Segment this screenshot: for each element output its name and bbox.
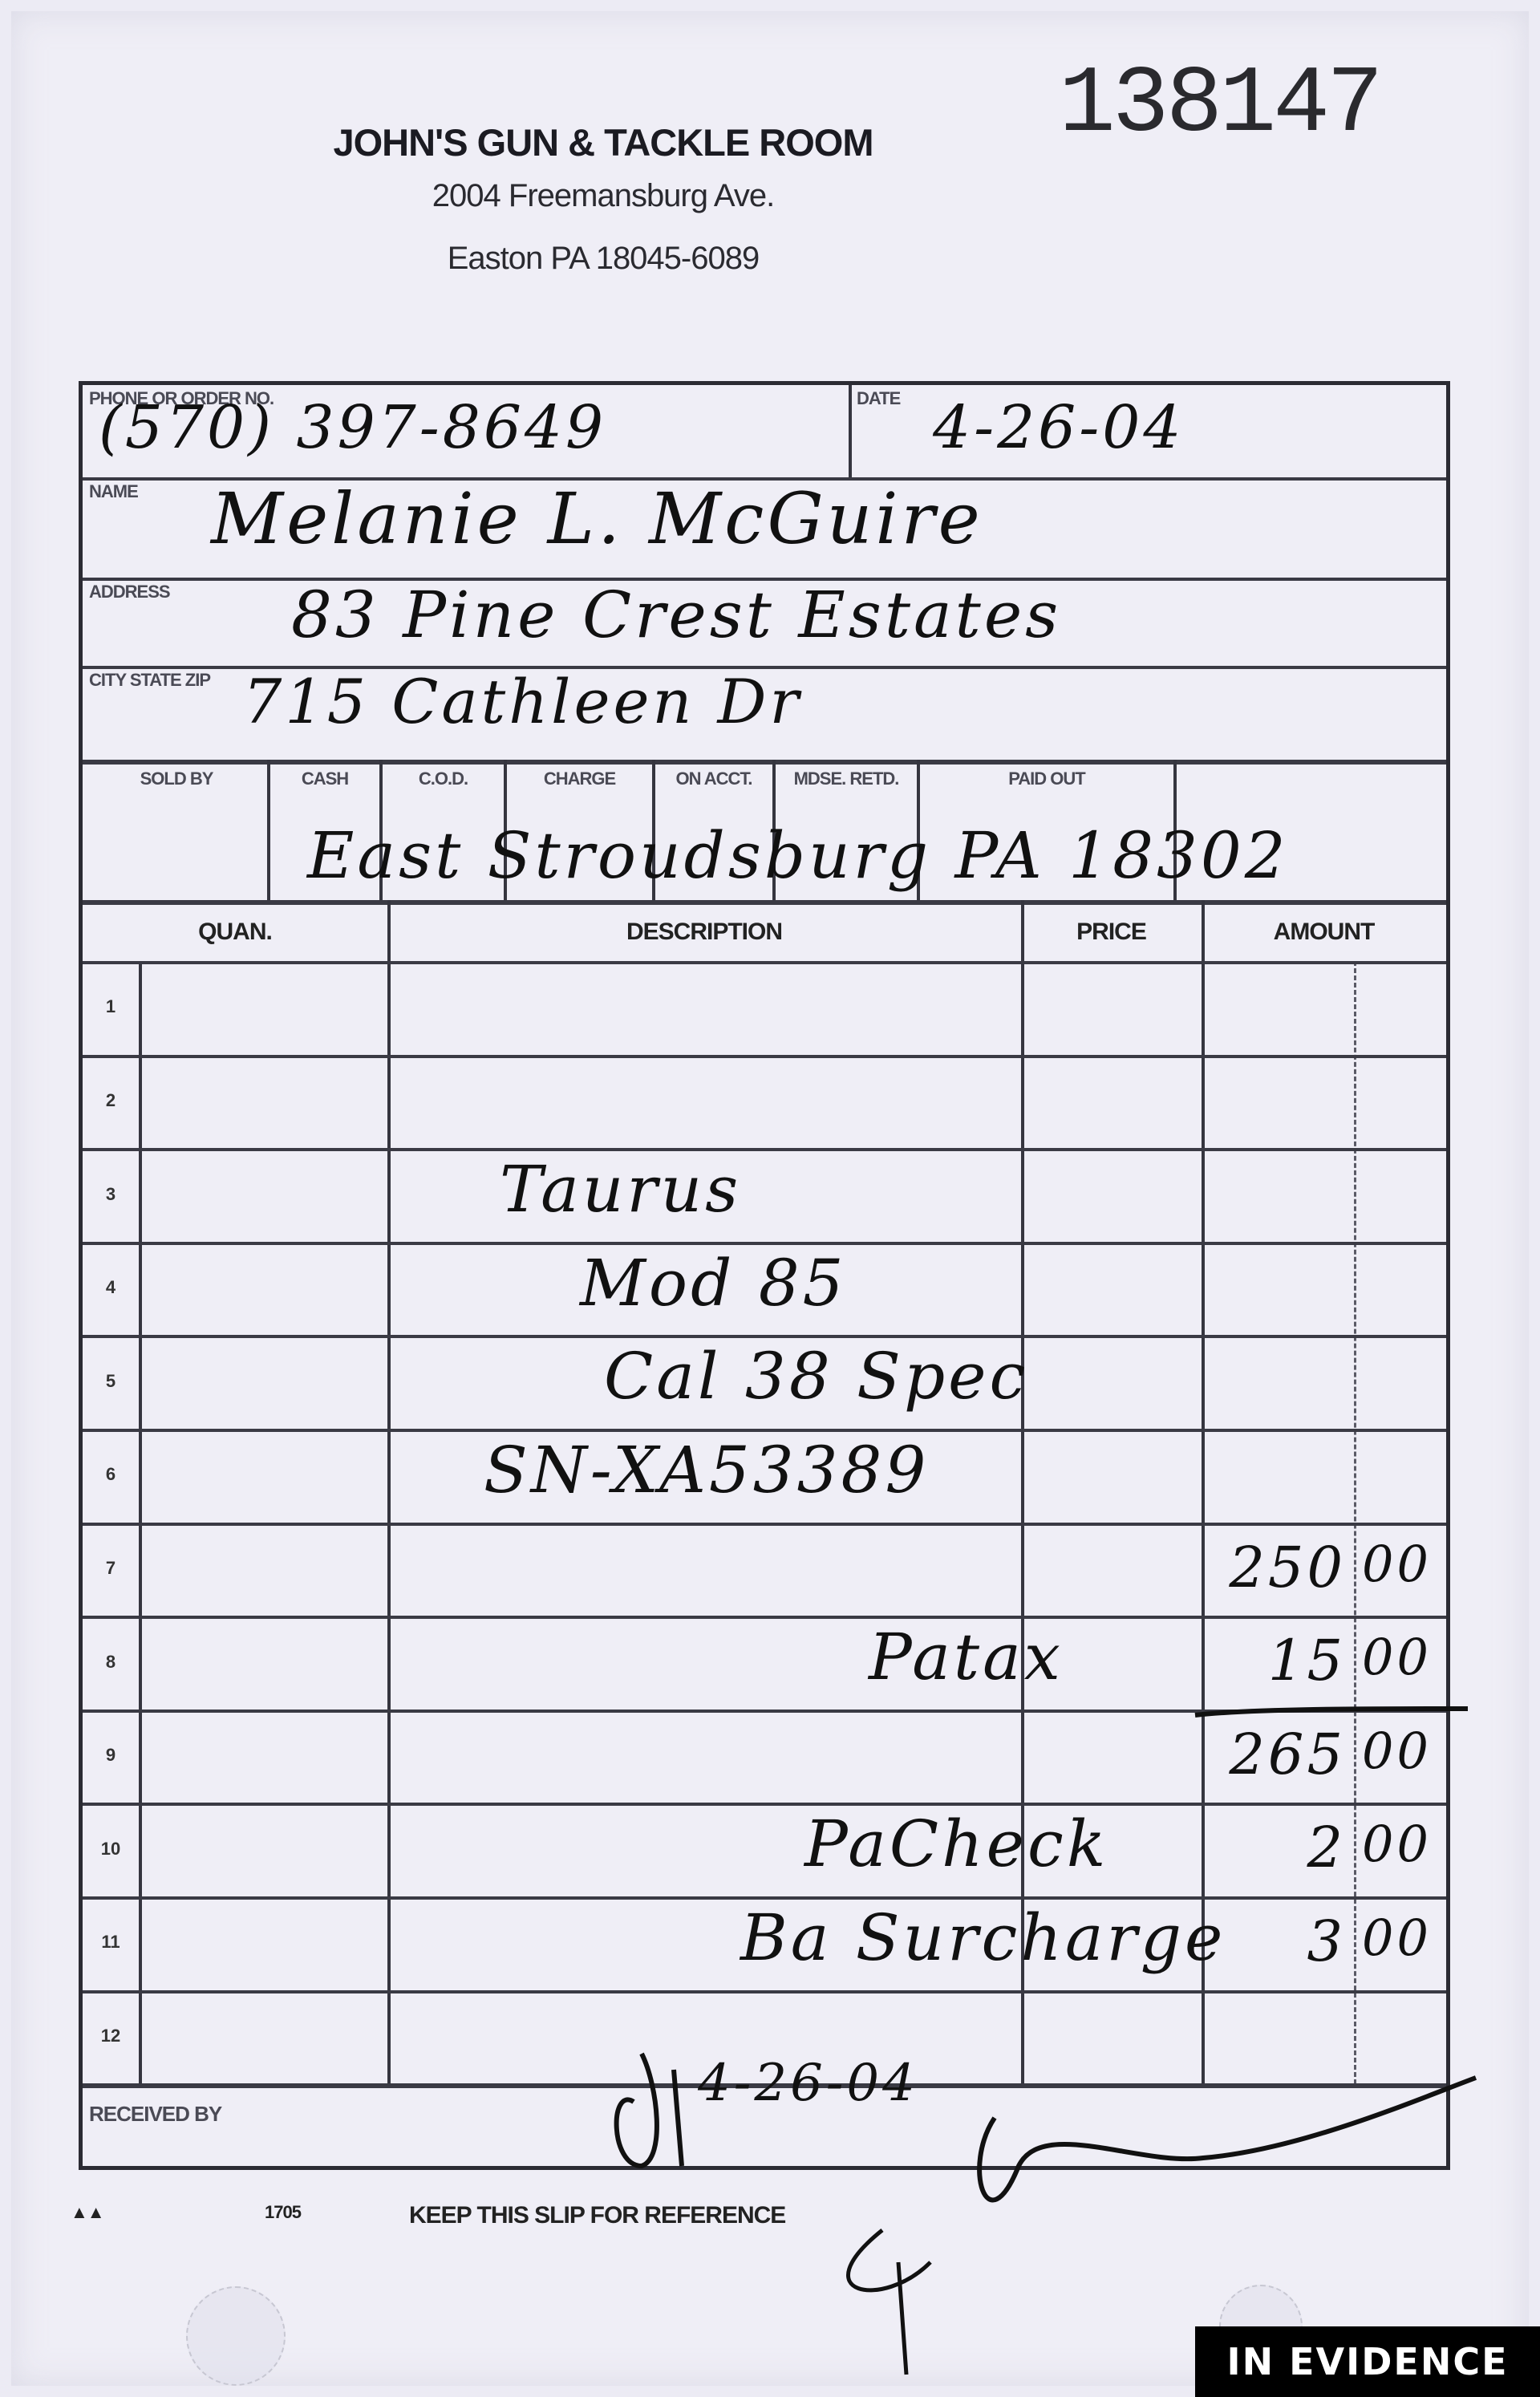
signature-date: 4-26-04 (698, 2054, 918, 2113)
signature-icon (0, 0, 1540, 2397)
in-evidence-badge: IN EVIDENCE (1195, 2326, 1540, 2397)
footer-notice: KEEP THIS SLIP FOR REFERENCE (409, 2202, 785, 2229)
form-code: 1705 (265, 2202, 301, 2223)
form-brand: ▲▲ (71, 2202, 104, 2223)
